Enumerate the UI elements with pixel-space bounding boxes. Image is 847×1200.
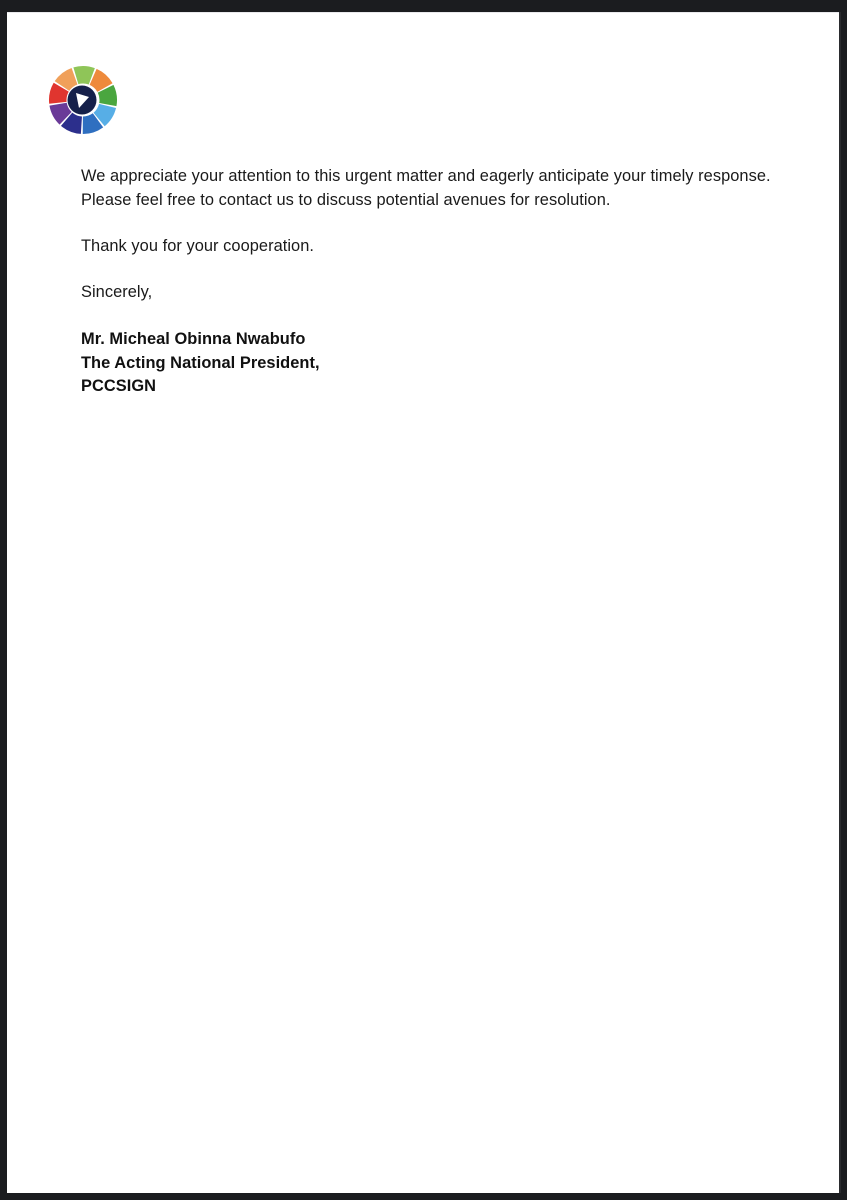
signatory-name: Mr. Micheal Obinna Nwabufo <box>81 328 801 352</box>
signatory-title: The Acting National President, <box>81 352 801 376</box>
letter-body: We appreciate your attention to this urg… <box>81 164 801 399</box>
thank-you-line: Thank you for your cooperation. <box>81 234 801 258</box>
colorful-ring-logo-icon <box>48 61 118 137</box>
organization-logo <box>48 61 118 137</box>
closing-paragraph: We appreciate your attention to this urg… <box>81 164 791 212</box>
valediction: Sincerely, <box>81 280 801 304</box>
signature-block: Mr. Micheal Obinna Nwabufo The Acting Na… <box>81 328 801 399</box>
signatory-organization: PCCSIGN <box>81 375 801 399</box>
document-page: We appreciate your attention to this urg… <box>7 12 840 1193</box>
page-edge-shadow <box>839 12 841 1193</box>
